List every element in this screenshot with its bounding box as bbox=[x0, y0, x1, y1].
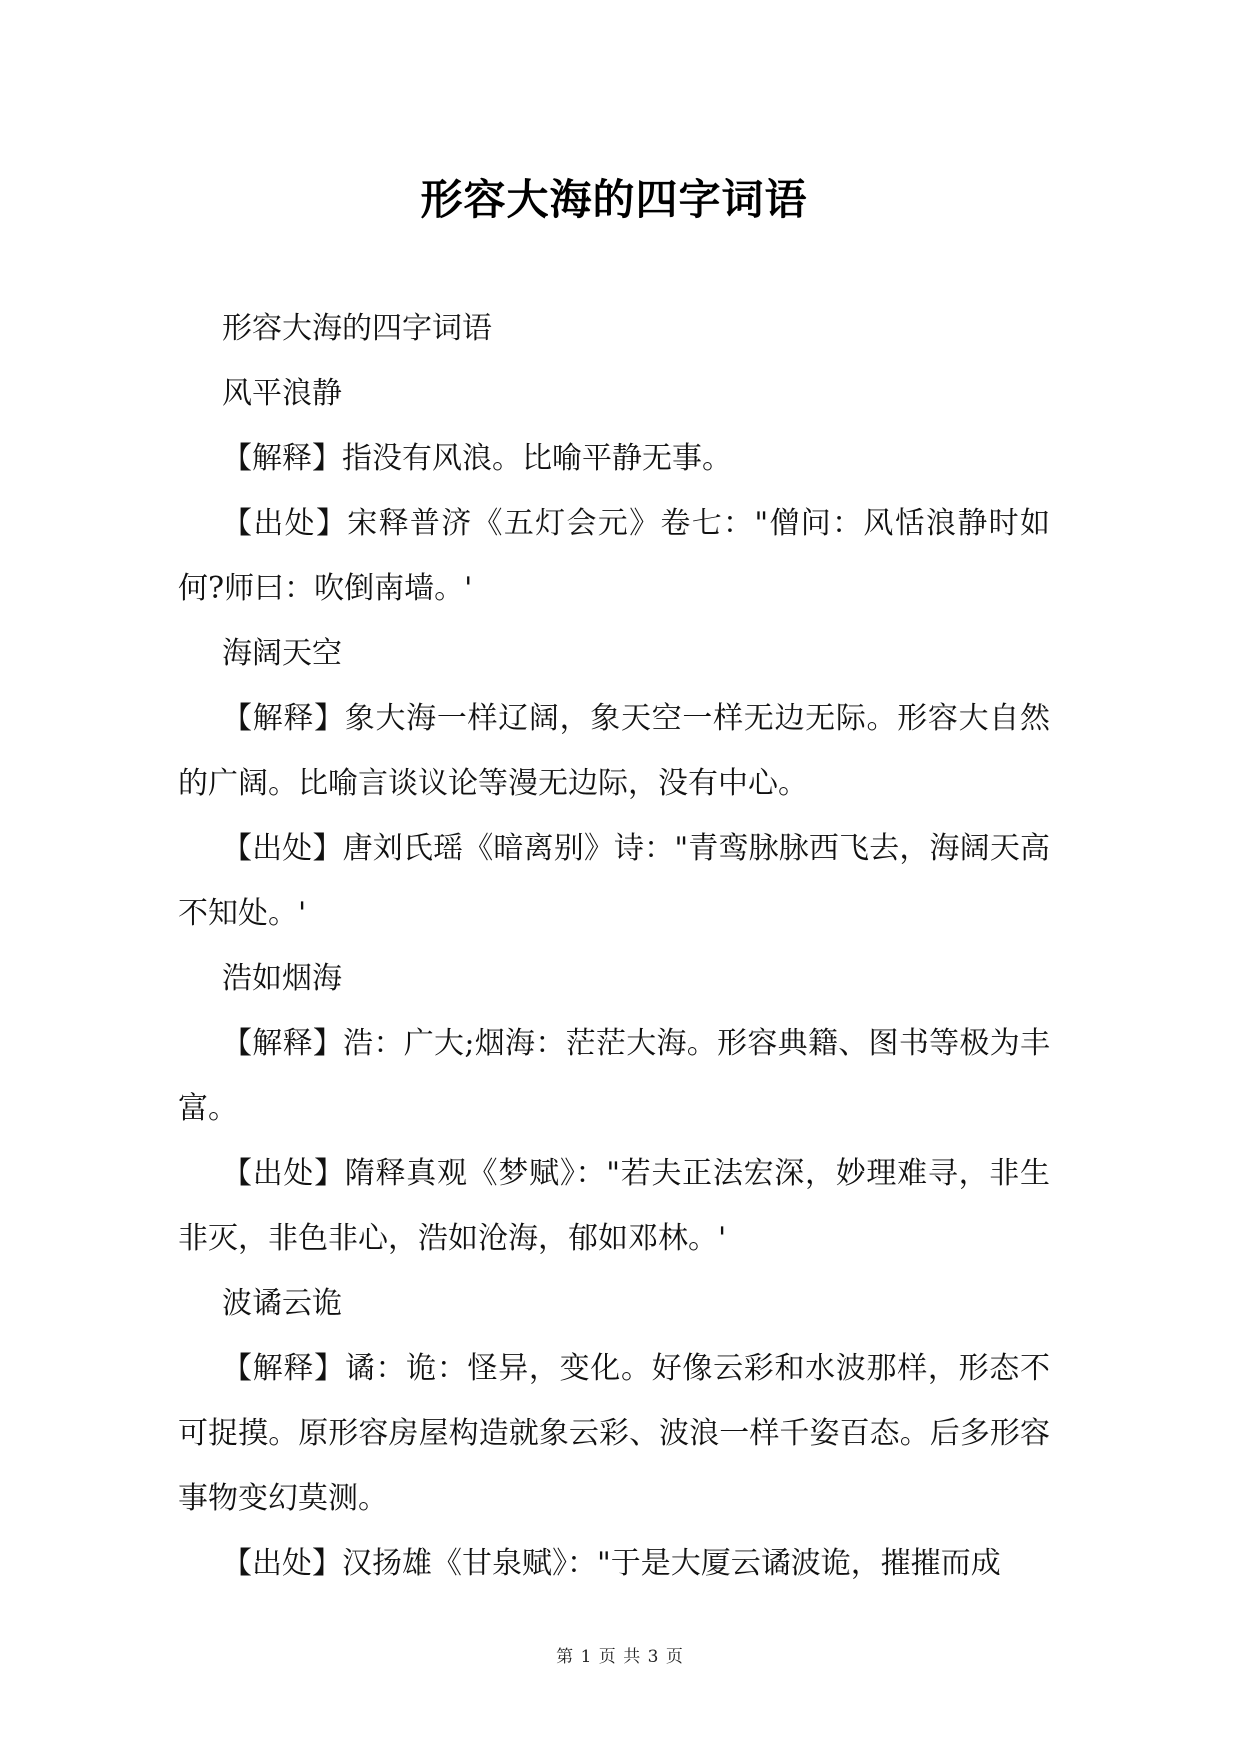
paragraph-source: 【出处】宋释普济《五灯会元》卷七："僧问：风恬浪静时如何?师曰：吹倒南墙。' bbox=[178, 491, 1050, 621]
paragraph-source: 【出处】汉扬雄《甘泉赋》："于是大厦云谲波诡，摧摧而成 bbox=[178, 1531, 1050, 1596]
paragraph-source: 【出处】唐刘氏瑶《暗离别》诗："青鸾脉脉西飞去，海阔天高不知处。' bbox=[178, 816, 1050, 946]
paragraph-explanation: 【解释】谲：诡：怪异，变化。好像云彩和水波那样，形态不可捉摸。原形容房屋构造就象… bbox=[178, 1336, 1050, 1531]
document-content: 形容大海的四字词语 形容大海的四字词语风平浪静【解释】指没有风浪。比喻平静无事。… bbox=[178, 168, 1050, 1596]
paragraph-source: 【出处】隋释真观《梦赋》："若夫正法宏深，妙理难寻，非生非灭，非色非心，浩如沧海… bbox=[178, 1141, 1050, 1271]
paragraph-idiom-term: 海阔天空 bbox=[178, 621, 1050, 686]
paragraph-explanation: 【解释】指没有风浪。比喻平静无事。 bbox=[178, 426, 1050, 491]
paragraph-idiom-term: 浩如烟海 bbox=[178, 946, 1050, 1011]
document-page: 形容大海的四字词语 形容大海的四字词语风平浪静【解释】指没有风浪。比喻平静无事。… bbox=[0, 0, 1240, 1753]
page-number-text: 第 1 页 共 3 页 bbox=[556, 1647, 684, 1667]
paragraph-idiom-term: 波谲云诡 bbox=[178, 1271, 1050, 1336]
paragraph-explanation: 【解释】象大海一样辽阔，象天空一样无边无际。形容大自然的广阔。比喻言谈议论等漫无… bbox=[178, 686, 1050, 816]
paragraph-intro: 形容大海的四字词语 bbox=[178, 296, 1050, 361]
document-title: 形容大海的四字词语 bbox=[178, 168, 1050, 232]
document-body: 形容大海的四字词语风平浪静【解释】指没有风浪。比喻平静无事。【出处】宋释普济《五… bbox=[178, 296, 1050, 1596]
paragraph-idiom-term: 风平浪静 bbox=[178, 361, 1050, 426]
paragraph-explanation: 【解释】浩：广大;烟海：茫茫大海。形容典籍、图书等极为丰富。 bbox=[178, 1011, 1050, 1141]
page-footer: 第 1 页 共 3 页 bbox=[0, 1642, 1240, 1667]
